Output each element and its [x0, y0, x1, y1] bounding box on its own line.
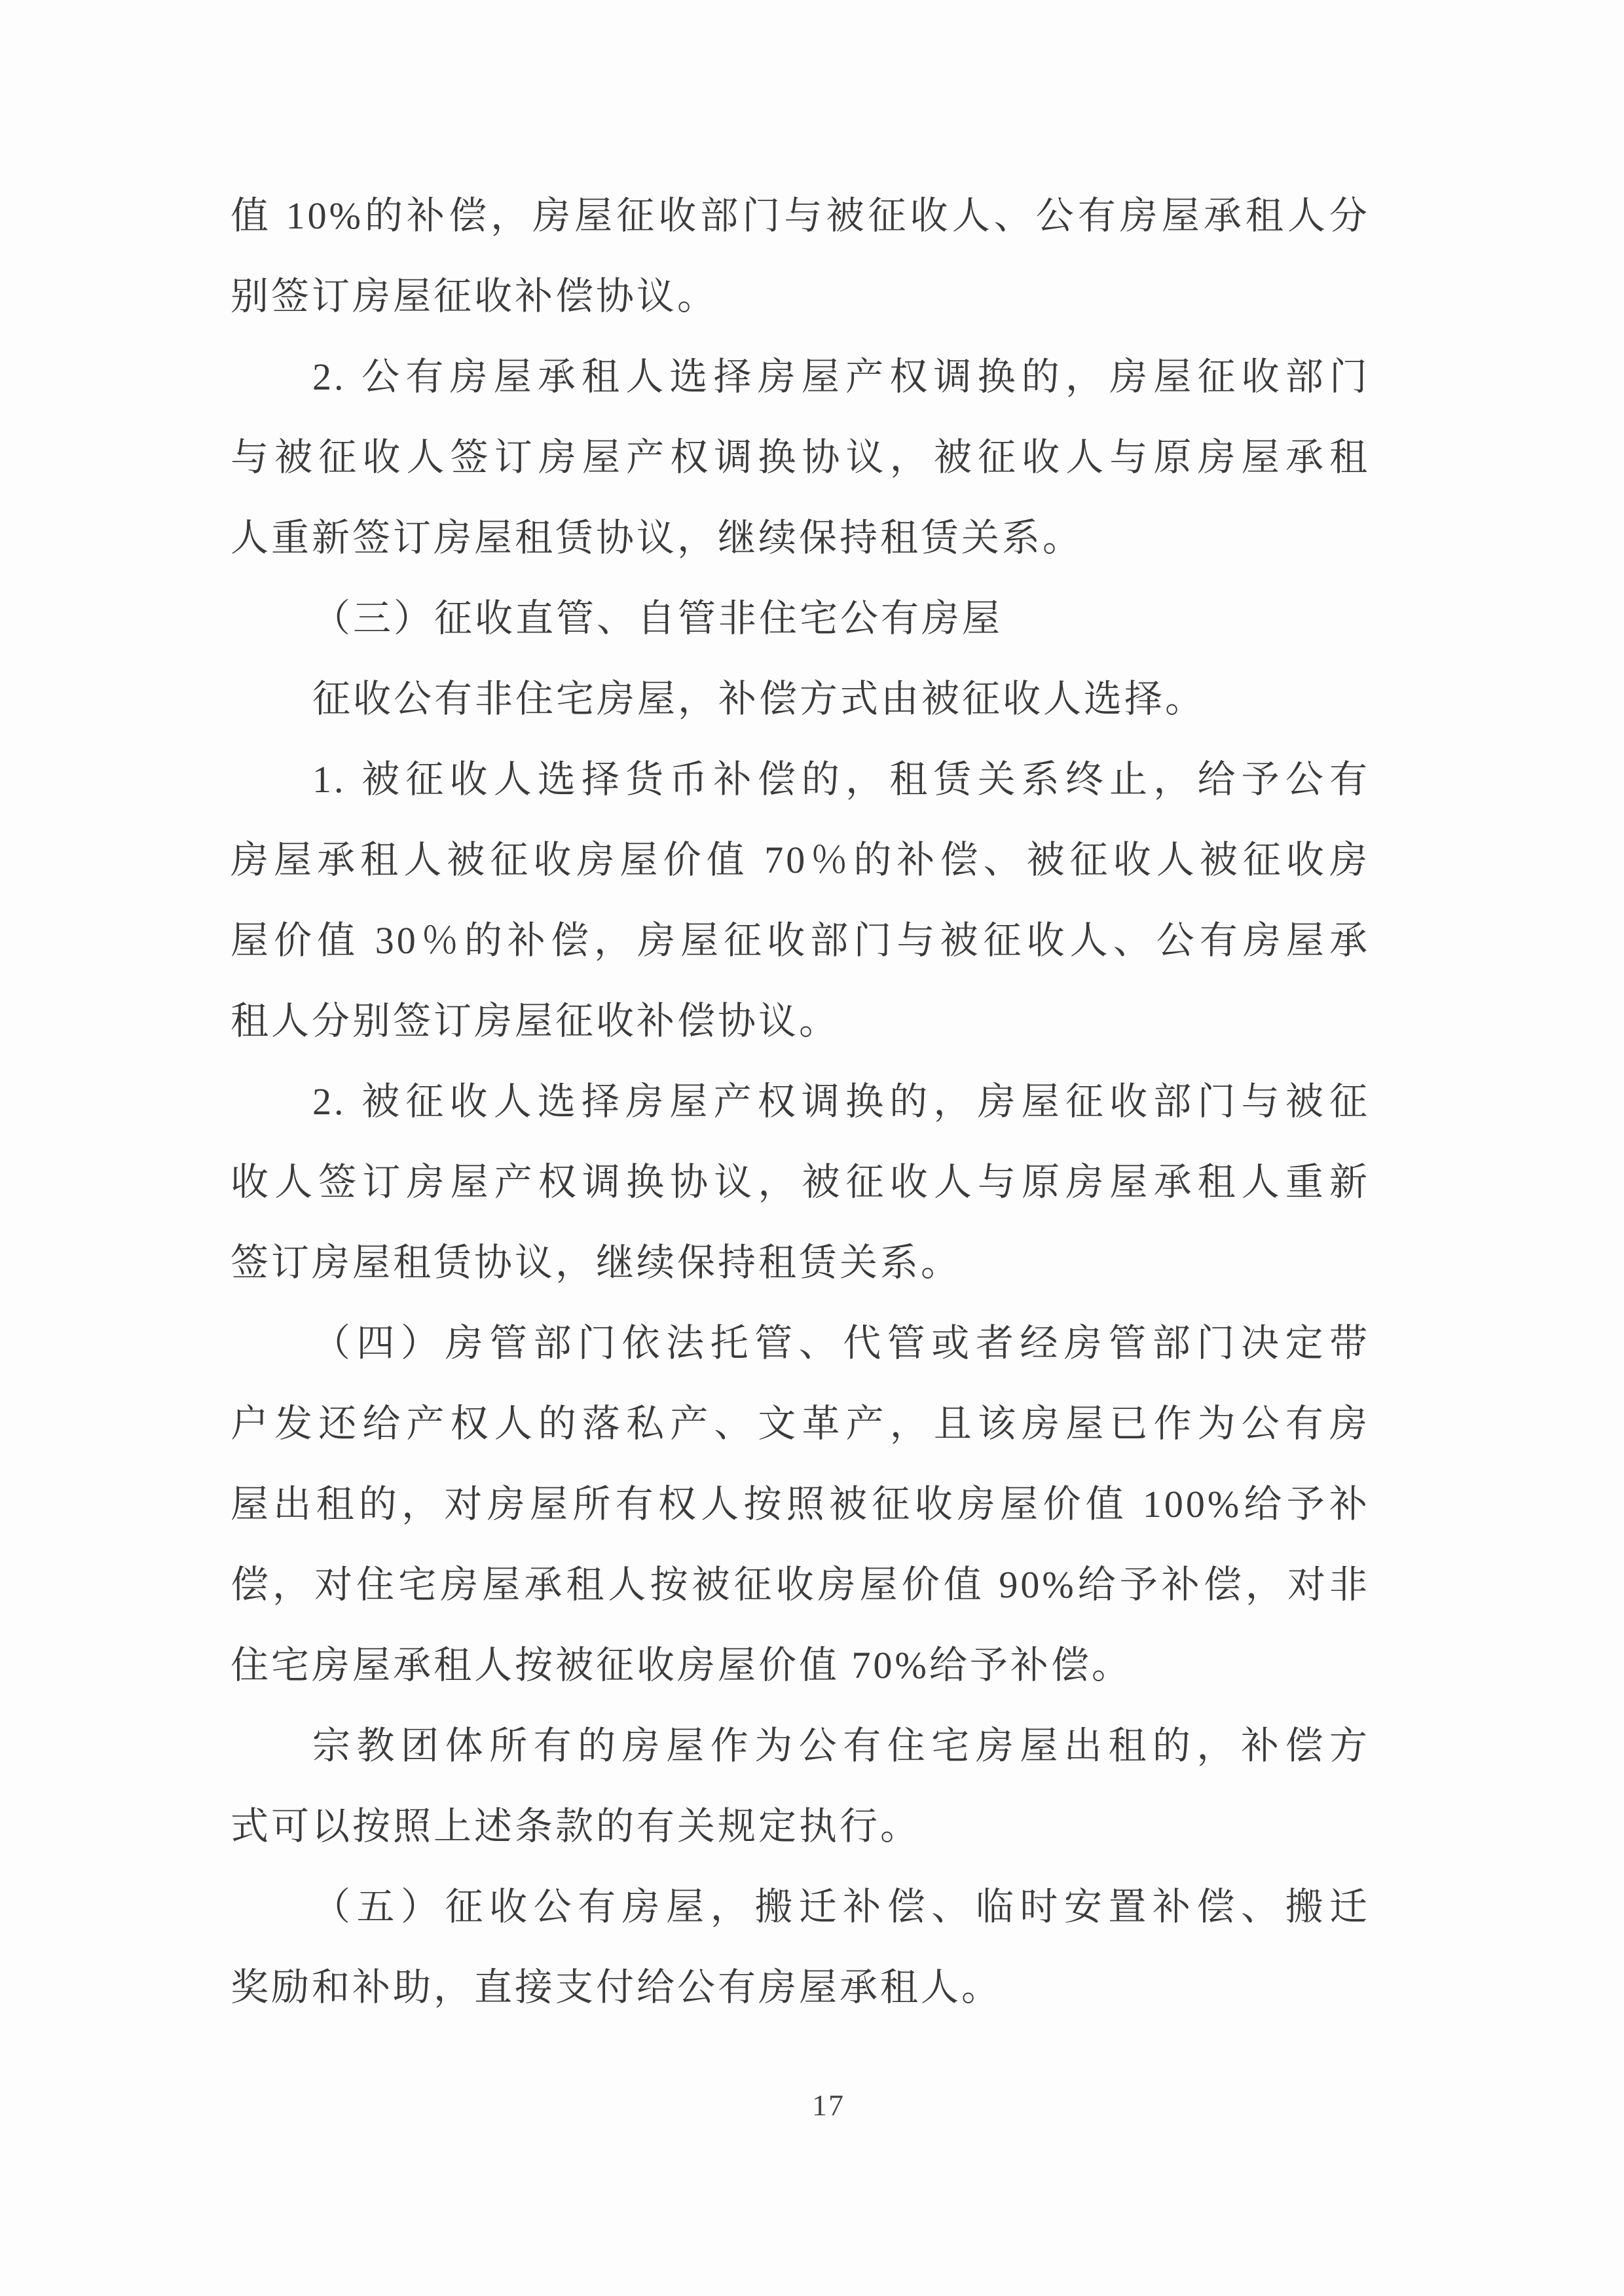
text-line: 与被征收人签订房屋产权调换协议，被征收人与原房屋承租 [231, 417, 1370, 498]
text-line: 人重新签订房屋租赁协议，继续保持租赁关系。 [231, 498, 1370, 578]
document-text-body: 值 10%的补偿，房屋征收部门与被征收人、公有房屋承租人分 别签订房屋征收补偿协… [231, 175, 1370, 2028]
text-line: （三）征收直管、自管非住宅公有房屋 [231, 578, 1370, 659]
text-line: 屋出租的，对房屋所有权人按照被征收房屋价值 100%给予补 [231, 1464, 1370, 1544]
text-line: （五）征收公有房屋，搬迁补偿、临时安置补偿、搬迁 [231, 1867, 1370, 1947]
text-line: 别签订房屋征收补偿协议。 [231, 256, 1370, 337]
text-line: 2. 公有房屋承租人选择房屋产权调换的，房屋征收部门 [231, 337, 1370, 417]
text-line: 2. 被征收人选择房屋产权调换的，房屋征收部门与被征 [231, 1061, 1370, 1142]
text-line: 式可以按照上述条款的有关规定执行。 [231, 1786, 1370, 1867]
text-line: 收人签订房屋产权调换协议，被征收人与原房屋承租人重新 [231, 1142, 1370, 1222]
text-line: 宗教团体所有的房屋作为公有住宅房屋出租的，补偿方 [231, 1705, 1370, 1786]
text-line: （四）房管部门依法托管、代管或者经房管部门决定带 [231, 1303, 1370, 1383]
text-line: 1. 被征收人选择货币补偿的，租赁关系终止，给予公有 [231, 739, 1370, 820]
text-line: 屋价值 30％的补偿，房屋征收部门与被征收人、公有房屋承 [231, 900, 1370, 981]
text-line: 偿，对住宅房屋承租人按被征收房屋价值 90%给予补偿，对非 [231, 1544, 1370, 1625]
text-line: 征收公有非住宅房屋，补偿方式由被征收人选择。 [231, 659, 1370, 739]
text-line: 房屋承租人被征收房屋价值 70％的补偿、被征收人被征收房 [231, 820, 1370, 900]
document-page: 值 10%的补偿，房屋征收部门与被征收人、公有房屋承租人分 别签订房屋征收补偿协… [0, 0, 1624, 2296]
text-line: 奖励和补助，直接支付给公有房屋承租人。 [231, 1947, 1370, 2028]
text-line: 住宅房屋承租人按被征收房屋价值 70%给予补偿。 [231, 1625, 1370, 1705]
text-line: 租人分别签订房屋征收补偿协议。 [231, 981, 1370, 1061]
page-number: 17 [747, 2086, 910, 2125]
text-line: 签订房屋租赁协议，继续保持租赁关系。 [231, 1222, 1370, 1303]
text-line: 户发还给产权人的落私产、文革产，且该房屋已作为公有房 [231, 1383, 1370, 1464]
text-line: 值 10%的补偿，房屋征收部门与被征收人、公有房屋承租人分 [231, 175, 1370, 256]
